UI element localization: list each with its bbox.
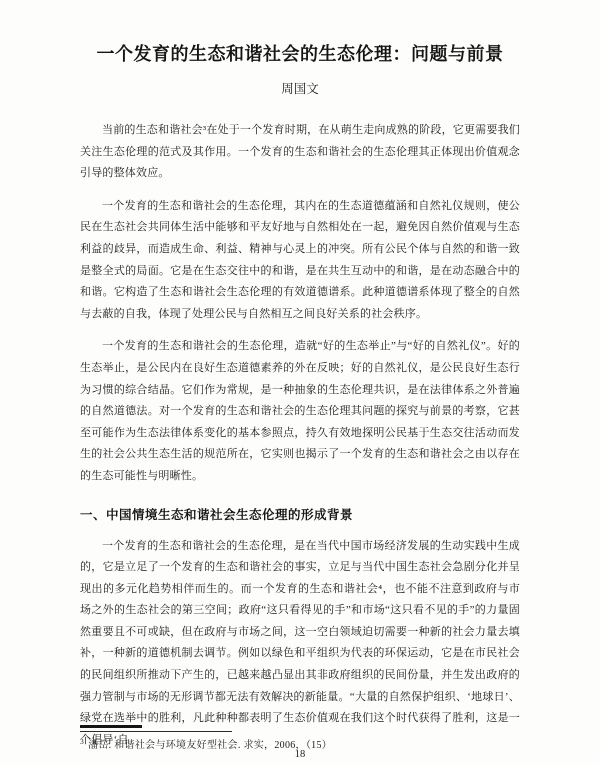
paragraph-4: 一个发育的生态和谐社会的生态伦理，是在当代中国市场经济发展的生动实践中生成的，它…	[80, 536, 520, 752]
paper-page: 一个发育的生态和谐社会的生态伦理：问题与前景 周国文 当前的生态和谐社会³在处于…	[0, 0, 600, 764]
footnote-divider	[80, 731, 232, 732]
page-number: 18	[0, 749, 600, 760]
paragraph-2: 一个发育的生态和谐社会的生态伦理，其内在的生态道德蕴涵和自然礼仪规则，使公民在生…	[80, 196, 520, 326]
paragraph-3: 一个发育的生态和谐社会的生态伦理，造就“好的生态举止”与“好的自然礼仪”。好的生…	[80, 336, 520, 487]
section-1-heading: 一、中国情境生态和谐社会生态伦理的形成背景	[80, 505, 520, 523]
author-name: 周国文	[80, 79, 520, 97]
paper-title: 一个发育的生态和谐社会的生态伦理：问题与前景	[80, 40, 520, 66]
footnote-divider-thick	[80, 725, 142, 728]
footnote-marker: 3	[80, 737, 84, 746]
footnote-area: 3潘岳. 和谐社会与环境友好型社会. 求实，2006，（15）	[80, 725, 520, 751]
paragraph-1: 当前的生态和谐社会³在处于一个发育时期，在从萌生走向成熟的阶段，它更需要我们关注…	[80, 120, 520, 185]
